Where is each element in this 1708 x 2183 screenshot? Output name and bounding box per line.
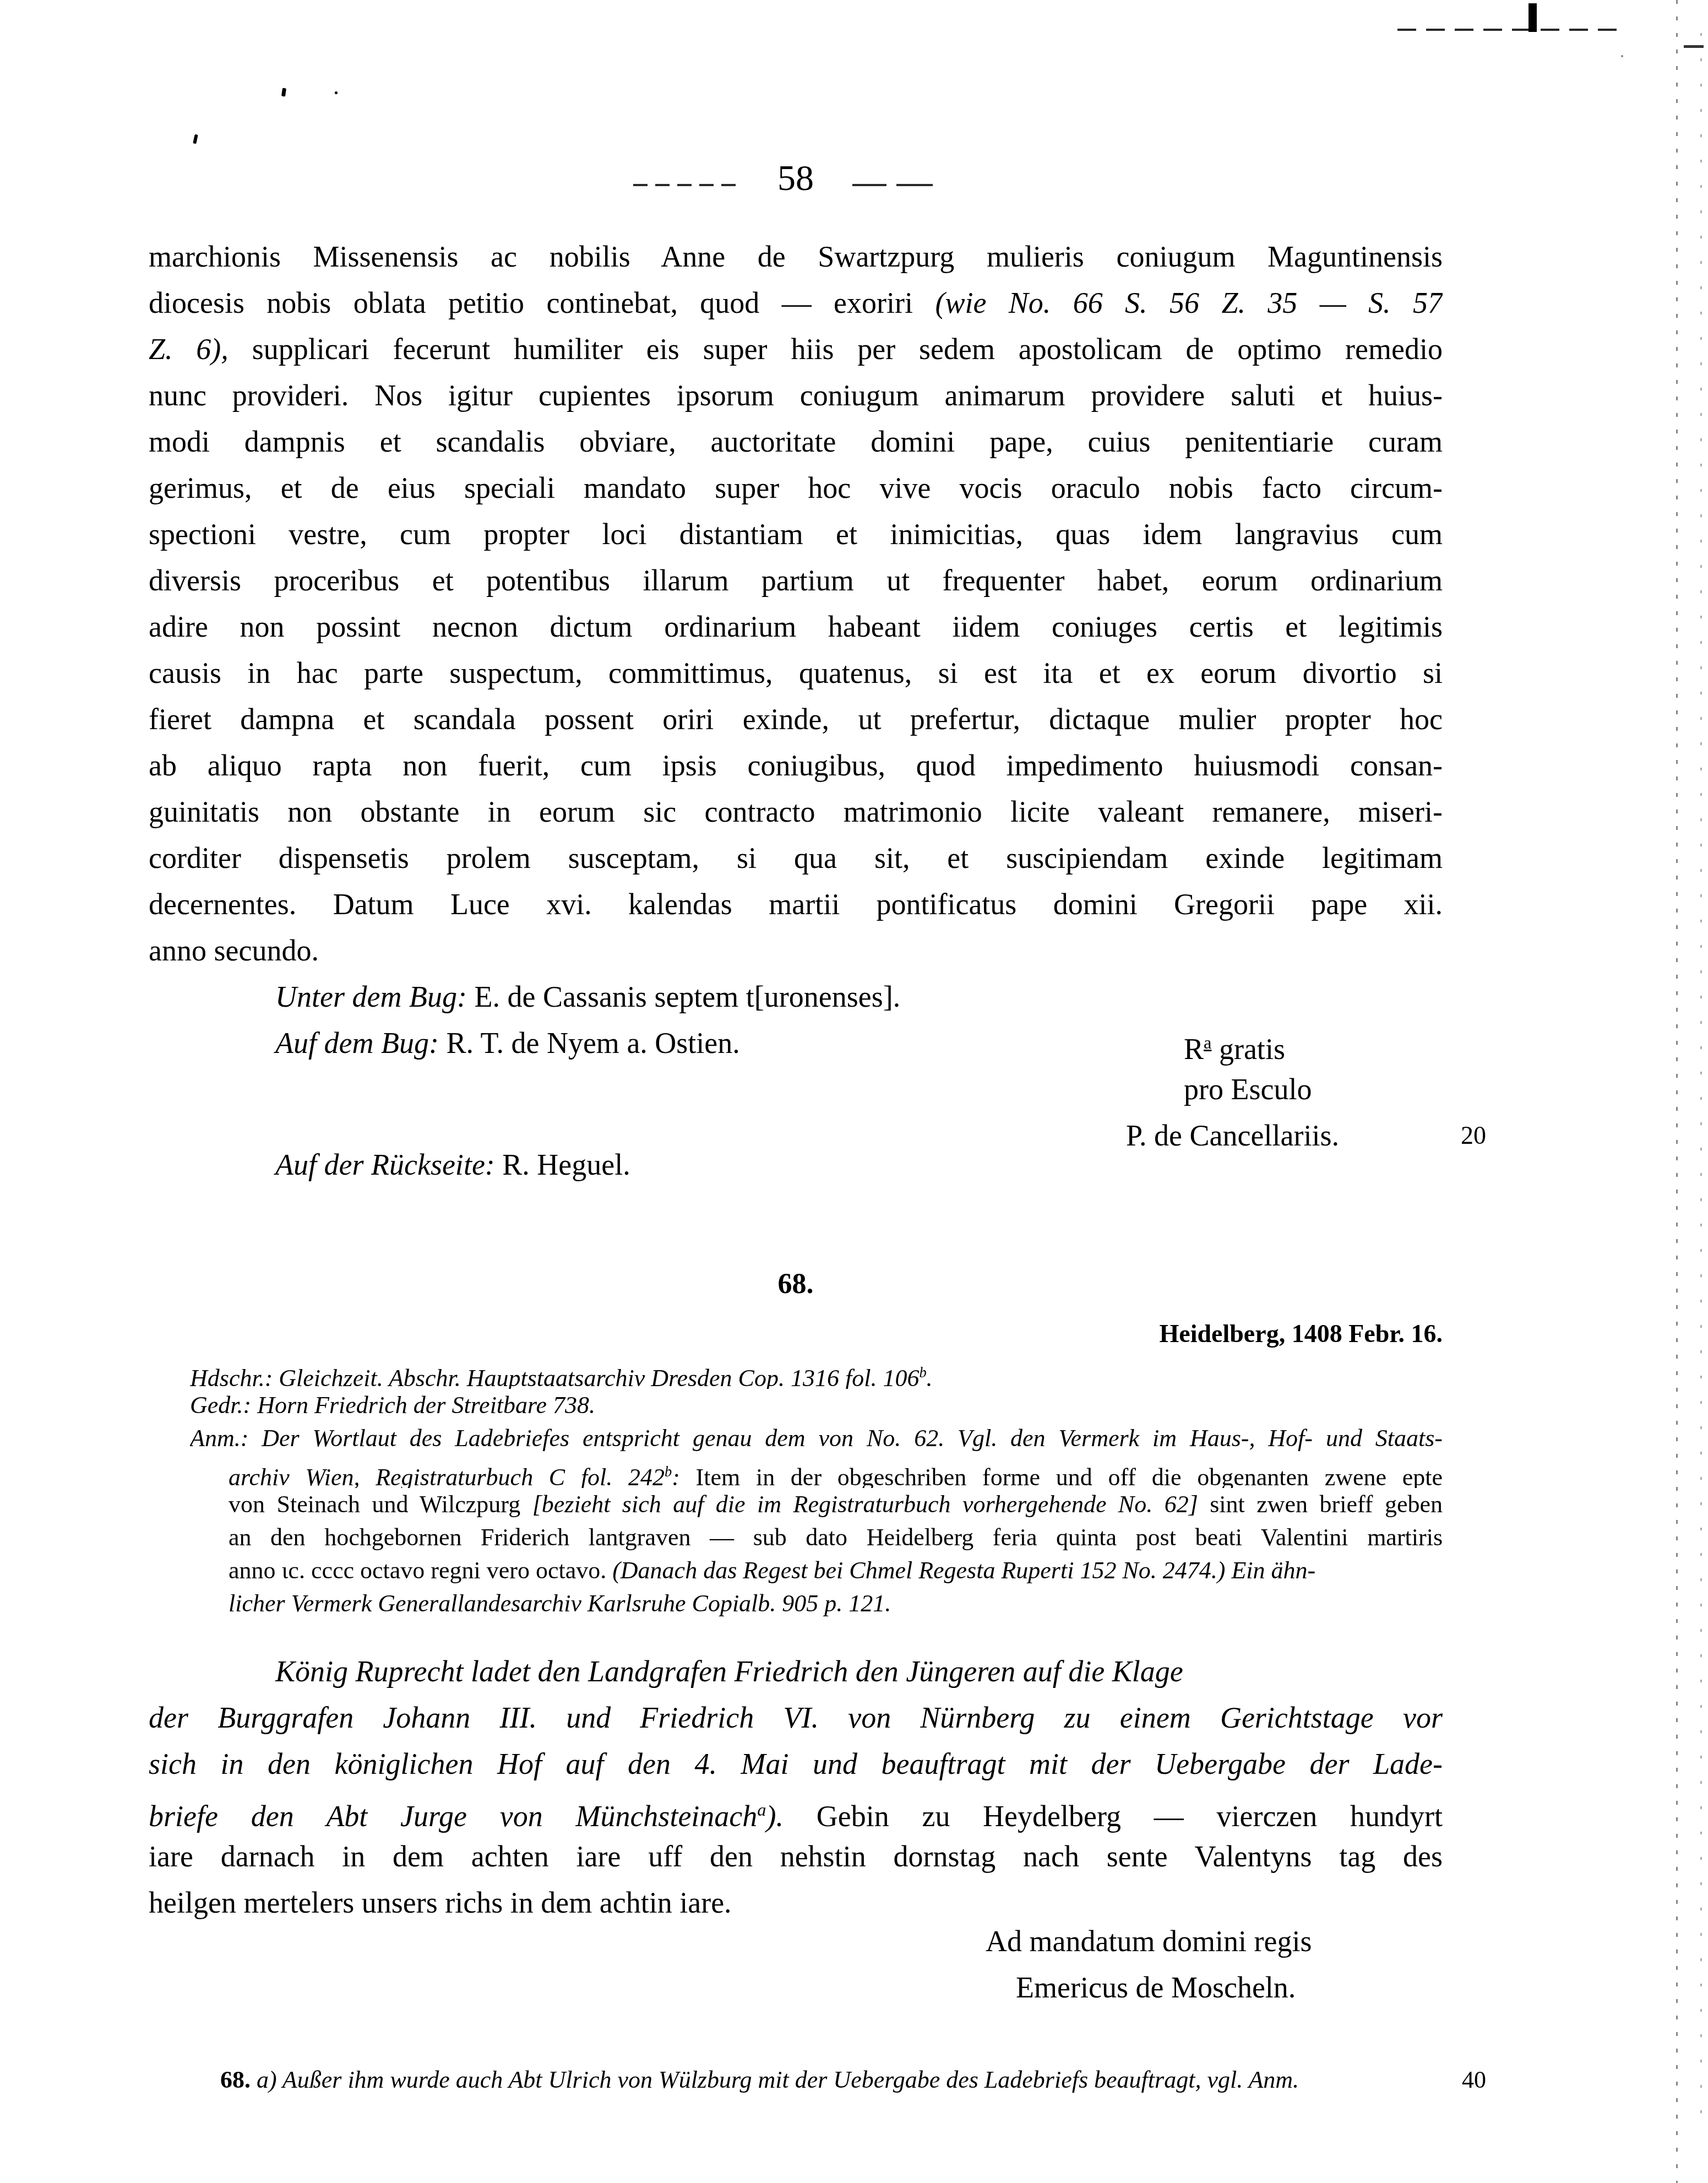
entry-date-heading: Heidelberg, 1408 Febr. 16. bbox=[149, 1316, 1443, 1351]
scan-artifact-right-dotted-edge bbox=[1676, 0, 1678, 2183]
body-line: diversis proceribus et potentibus illaru… bbox=[149, 557, 1443, 604]
summary-line: briefe den Abt Jurge von Münchsteinacha)… bbox=[149, 1787, 1443, 1833]
body-line: causis in hac parte suspectum, committim… bbox=[149, 650, 1443, 696]
scan-speck bbox=[193, 134, 198, 144]
scanned-book-page: 58 marchionis Missenensis ac nobilis Ann… bbox=[0, 0, 1708, 2183]
body-line: adire non possint necnon dictum ordinari… bbox=[149, 604, 1443, 650]
body-line: corditer dispensetis prolem susceptam, s… bbox=[149, 835, 1443, 881]
scan-speck bbox=[281, 88, 286, 97]
source-line: Hdschr.: Gleichzeit. Abschr. Hauptstaats… bbox=[190, 1356, 1443, 1389]
scan-speck bbox=[1621, 55, 1623, 57]
body-line: gerimus, et de eius speciali mandato sup… bbox=[149, 465, 1443, 511]
body-line: guinitatis non obstante in eorum sic con… bbox=[149, 789, 1443, 835]
entry-number: 68. bbox=[149, 1264, 1443, 1304]
body-line: marchionis Missenensis ac nobilis Anne d… bbox=[149, 233, 1443, 280]
scan-artifact-top-dashed-rule bbox=[1397, 29, 1624, 31]
footnote-line: 68. a) Außer ihm wurde auch Abt Ulrich v… bbox=[220, 2063, 1498, 2097]
margin-line-number: 40 bbox=[1462, 2063, 1486, 2097]
page-number-left-rule bbox=[633, 184, 743, 186]
scan-artifact-top-bar bbox=[1529, 3, 1537, 32]
body-line: decernentes. Datum Luce xvi. kalendas ma… bbox=[149, 881, 1443, 927]
source-line: archiv Wien, Registraturbuch C fol. 242b… bbox=[190, 1455, 1443, 1488]
source-line: Anm.: Der Wortlaut des Ladebriefes entsp… bbox=[190, 1422, 1443, 1455]
chancery-subscription: Ad mandatum domini regis Emericus de Mos… bbox=[986, 1918, 1404, 2011]
scan-artifact-right-dotted-edge bbox=[1700, 33, 1702, 2126]
entry-source-notes: Hdschr.: Gleichzeit. Abschr. Hauptstaats… bbox=[190, 1356, 1443, 1620]
body-line: ab aliquo rapta non fuerit, cum ipsis co… bbox=[149, 742, 1443, 789]
summary-line: sich in den königlichen Hof auf den 4. M… bbox=[149, 1741, 1443, 1787]
source-line: Gedr.: Horn Friedrich der Streitbare 738… bbox=[190, 1389, 1443, 1422]
summary-line: der Burggrafen Johann III. und Friedrich… bbox=[149, 1695, 1443, 1741]
chancery-note-line: Ra gratis bbox=[1126, 1020, 1489, 1066]
page-number: 58 bbox=[149, 158, 1443, 199]
source-line: anno ɩc. cccc octavo regni vero octavo. … bbox=[190, 1554, 1443, 1587]
entry-footnote: 68. a) Außer ihm wurde auch Abt Ulrich v… bbox=[220, 2063, 1498, 2097]
body-line: anno secundo. bbox=[149, 927, 1443, 974]
entry-summary: König Ruprecht ladet den Landgrafen Frie… bbox=[149, 1648, 1443, 1926]
page-number-right-rule bbox=[852, 184, 935, 186]
body-line: Z. 6), supplicari fecerunt humiliter eis… bbox=[149, 326, 1443, 372]
summary-line: iare darnach in dem achten iare uff den … bbox=[149, 1833, 1443, 1880]
dorsal-note: Unter dem Bug: E. de Cassanis septem t[u… bbox=[149, 974, 1443, 1020]
chancery-note-line: pro Esculo bbox=[1126, 1066, 1489, 1112]
subscription-line: Ad mandatum domini regis bbox=[986, 1918, 1404, 1964]
scan-speck bbox=[335, 91, 338, 94]
body-line: spectioni vestre, cum propter loci dista… bbox=[149, 511, 1443, 557]
chancery-note-line: P. de Cancellariis.20 bbox=[1126, 1112, 1489, 1159]
body-line: modi dampnis et scandalis obviare, aucto… bbox=[149, 419, 1443, 465]
body-line: diocesis nobis oblata petitio continebat… bbox=[149, 280, 1443, 326]
source-line: von Steinach und Wilczpurg [bezieht sich… bbox=[190, 1488, 1443, 1521]
body-line: nunc provideri. Nos igitur cupientes ips… bbox=[149, 372, 1443, 419]
subscription-line: Emericus de Moscheln. bbox=[986, 1964, 1404, 2011]
source-line: an den hochgebornen Friderich lantgraven… bbox=[190, 1521, 1443, 1554]
summary-line: König Ruprecht ladet den Landgrafen Frie… bbox=[149, 1648, 1443, 1695]
chancery-notes: Ra gratis pro Esculo P. de Cancellariis.… bbox=[1126, 1020, 1489, 1159]
margin-line-number: 20 bbox=[1461, 1112, 1486, 1159]
source-line: licher Vermerk Generallandesarchiv Karls… bbox=[190, 1587, 1443, 1620]
body-line: fieret dampna et scandala possent oriri … bbox=[149, 696, 1443, 742]
